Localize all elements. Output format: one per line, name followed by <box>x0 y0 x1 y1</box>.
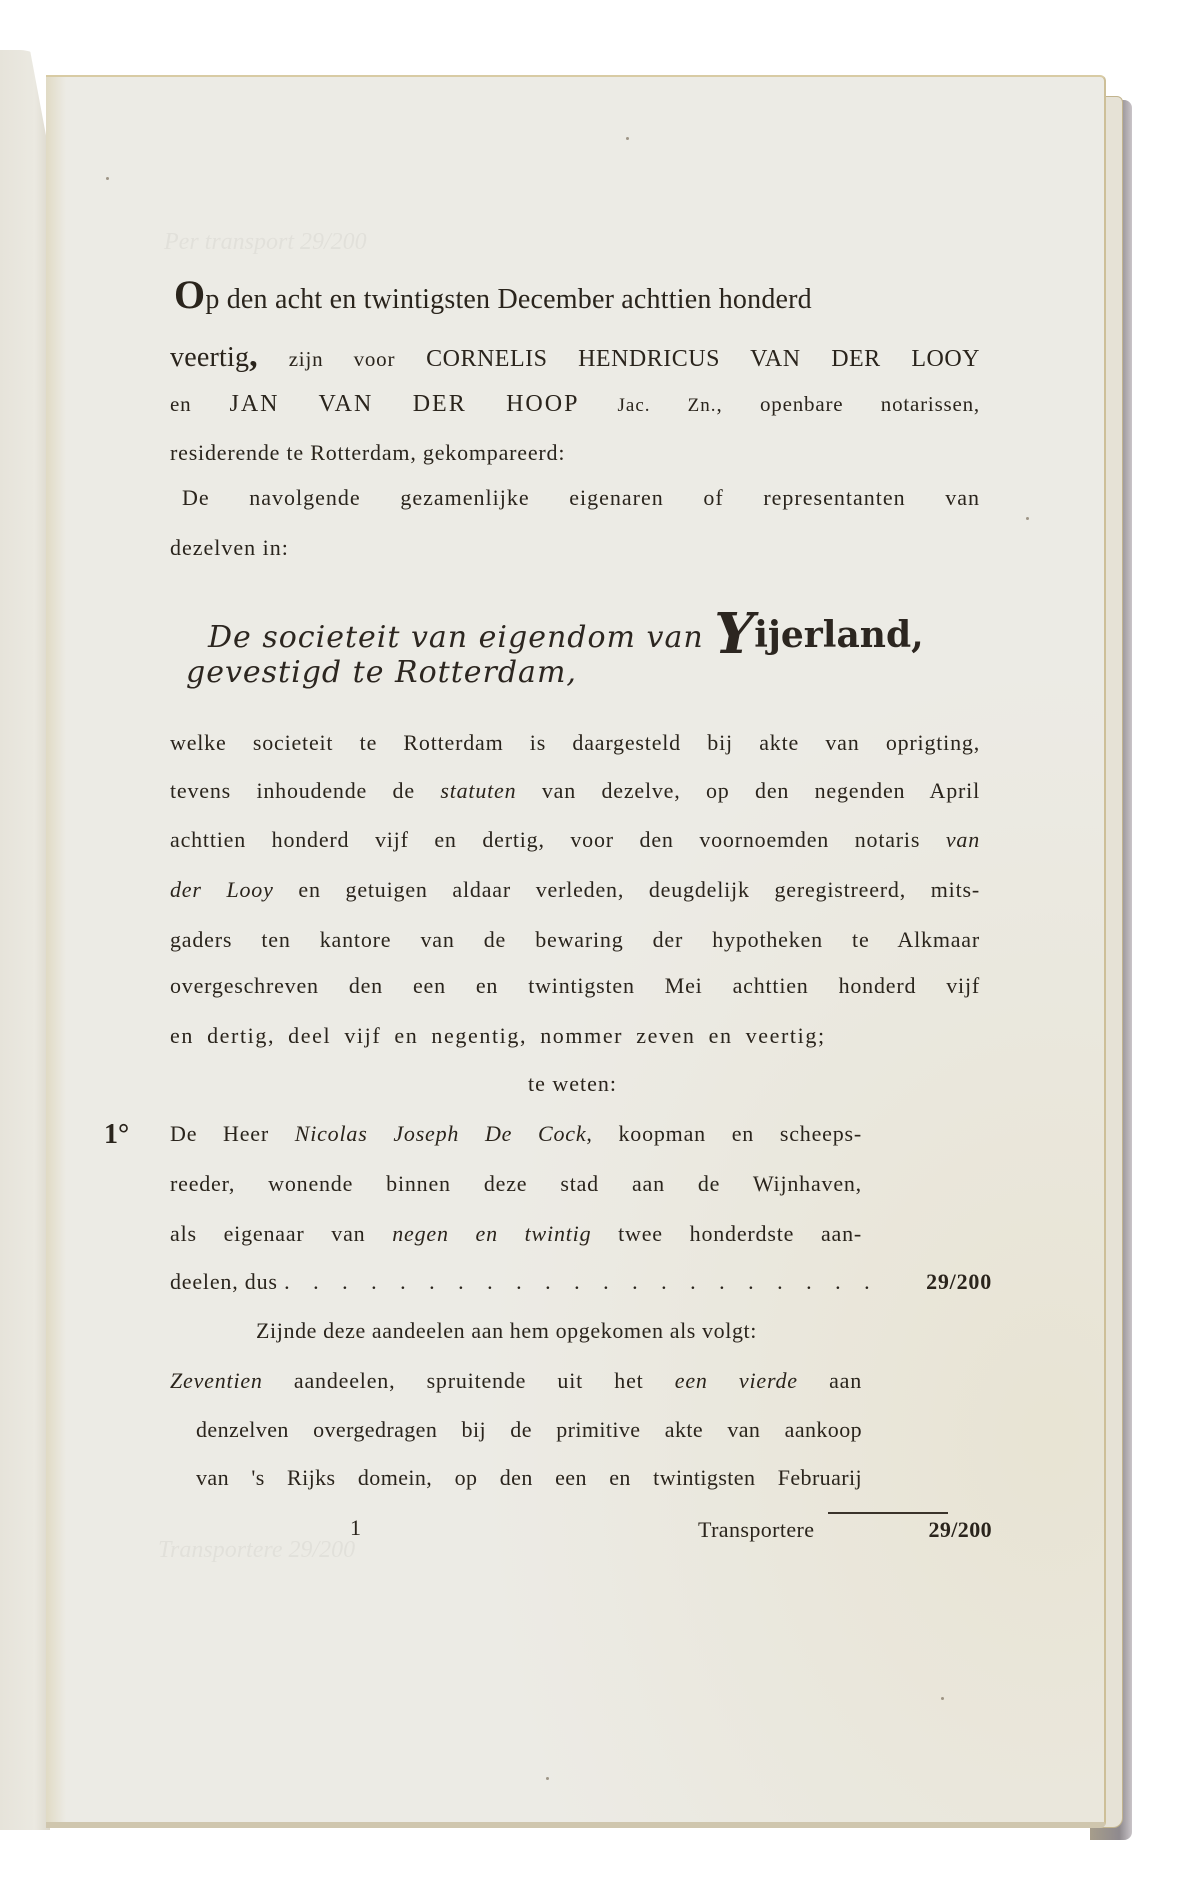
item1-line-4: deelen, dus . . . . . . . . . . . . . . … <box>170 1271 992 1293</box>
opening-line-2: veertig, zijn voor CORNELIS HENDRICUS VA… <box>170 339 980 373</box>
transport-amount: 29/200 <box>928 1519 992 1541</box>
body-line-7: en dertig, deel vijf en negentig, nommer… <box>170 1025 826 1047</box>
origin-line-4: van 's Rijks domein, op den een en twint… <box>196 1467 862 1489</box>
owner-name: Nicolas Joseph De Cock <box>295 1121 587 1146</box>
notary-name-2: JAN VAN DER HOOP <box>230 391 580 417</box>
leader-dots: . . . . . . . . . . . . . . . . . . . . … <box>284 1269 879 1294</box>
society-name-fraktur: Yijerland, <box>714 614 923 656</box>
society-name-line-2: gevestigd te Rotterdam, <box>186 655 577 690</box>
paper-speck <box>941 1697 944 1700</box>
page-number: 1 <box>350 1515 361 1541</box>
item1-line-1: De Heer Nicolas Joseph De Cock, koopman … <box>170 1123 862 1145</box>
show-through-text: Per transport 29/200 <box>164 229 367 256</box>
te-weten-heading: te weten: <box>528 1073 617 1095</box>
opening-line-3: en JAN VAN DER HOOP Jac. Zn., openbare n… <box>170 390 980 416</box>
italic-term: statuten <box>440 778 516 803</box>
document-page: Per transport 29/200 Transportere 29/200… <box>46 75 1106 1828</box>
sum-rule <box>828 1512 948 1514</box>
facing-page-edge <box>0 50 50 1830</box>
paper-speck <box>1026 517 1029 520</box>
item1-line-2: reeder, wonende binnen deze stad aan de … <box>170 1173 862 1195</box>
para2-line-2: dezelven in: <box>170 537 289 559</box>
share-amount: 29/200 <box>926 1271 992 1293</box>
origin-line-3: denzelven overgedragen bij de primitive … <box>196 1419 862 1441</box>
show-through-text: Transportere 29/200 <box>158 1537 355 1564</box>
opening-line-1: Op den acht en twintigsten December acht… <box>174 275 980 315</box>
body-line-5: gaders ten kantore van de bewaring der h… <box>170 929 980 951</box>
origin-line-2: Zeventien aandeelen, spruitende uit het … <box>170 1370 862 1392</box>
body-line-2: tevens inhoudende de statuten van dezelv… <box>170 780 980 802</box>
paper-speck <box>106 177 109 180</box>
para2-line-1: De navolgende gezamenlijke eigenaren of … <box>182 487 980 509</box>
paper-speck <box>626 137 629 140</box>
transport-line: Transportere 29/200 <box>698 1519 992 1541</box>
body-line-6: overgeschreven den een en twintigsten Me… <box>170 975 980 997</box>
notary-name: CORNELIS HENDRICUS VAN DER LOOY <box>426 346 980 372</box>
item1-line-3: als eigenaar van negen en twintig twee h… <box>170 1223 862 1245</box>
transport-label: Transportere <box>698 1517 814 1542</box>
origin-line-1: Zijnde deze aandeelen aan hem opgekomen … <box>256 1320 862 1342</box>
body-line-3: achttien honderd vijf en dertig, voor de… <box>170 829 980 851</box>
society-name-line-1: De societeit van eigendom van Yijerland, <box>208 595 924 661</box>
body-line-4: der Looy en getuigen aldaar verleden, de… <box>170 879 980 901</box>
item-marker: 1° <box>104 1119 129 1151</box>
paper-speck <box>546 1777 549 1780</box>
drop-cap: O <box>174 272 205 317</box>
opening-line-4: residerende te Rotterdam, gekompareerd: <box>170 439 565 465</box>
body-line-1: welke societeit te Rotterdam is daargest… <box>170 732 980 754</box>
